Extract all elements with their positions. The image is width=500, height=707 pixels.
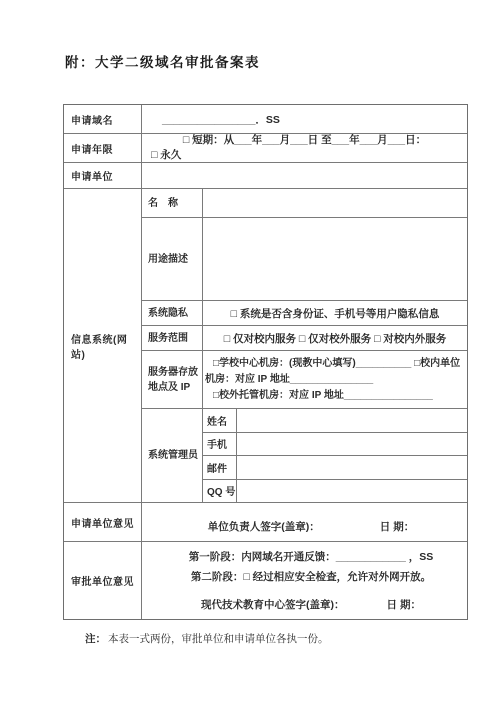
- section-info-system: 信息系统(网站) 名 称 用途描述 系统隐私 □ 系统是否含身份证、手机号等用户…: [64, 189, 467, 503]
- unit-value: [142, 163, 467, 188]
- admin-name-label: 姓名: [203, 409, 237, 432]
- system-server-value: □学校中心机房：(现教中心填写)__________ □校内单位 机房：对应 I…: [203, 351, 467, 408]
- duration-value: □ 短期：从___年___月___日 至___年___月___日： □ 永久: [142, 134, 467, 162]
- system-scope-value: □ 仅对校内服务 □ 仅对校外服务 □ 对校内外服务: [203, 326, 467, 350]
- scope-options-line: □ 仅对校内服务 □ 仅对校外服务 □ 对校内外服务: [203, 331, 467, 346]
- system-admin-label: 系统管理员: [142, 409, 203, 502]
- duration-option-permanent: □ 永久: [142, 148, 467, 162]
- applicant-opinion-body: 单位负责人签字(盖章)： 日 期：: [142, 503, 467, 541]
- form-table: 申请域名 ________________．SS 申请年限 □ 短期：从___年…: [63, 104, 468, 620]
- system-purpose-value: [203, 218, 467, 300]
- approval-sign-label: 现代技术教育中心签字(盖章)：: [201, 597, 345, 612]
- approval-date-label: 日 期：: [387, 597, 421, 612]
- document-page: 附：大学二级域名审批备案表 申请域名 ________________．SS 申…: [0, 0, 500, 707]
- admin-phone-label: 手机: [203, 433, 237, 456]
- applicant-sign-label: 单位负责人签字(盖章)：: [208, 519, 320, 534]
- row-system-privacy: 系统隐私 □ 系统是否含身份证、手机号等用户隐私信息: [142, 301, 467, 326]
- applicant-sign-line: 单位负责人签字(盖章)： 日 期：: [208, 519, 414, 534]
- server-option-offsite-room: □校外托管机房：对应 IP 地址________________: [203, 388, 467, 404]
- row-domain: 申请域名 ________________．SS: [64, 105, 467, 134]
- privacy-checkbox-line: □ 系统是否含身份证、手机号等用户隐私信息: [203, 306, 467, 321]
- system-scope-label: 服务范围: [142, 326, 203, 350]
- system-section-body: 名 称 用途描述 系统隐私 □ 系统是否含身份证、手机号等用户隐私信息 服务范围: [142, 189, 467, 502]
- admin-qq-label: QQ 号: [203, 480, 237, 503]
- approval-opinion-body: 第一阶段：内网域名开通反馈：____________ ，SS 第二阶段：□ 经过…: [142, 542, 467, 619]
- approval-opinion-label: 审批单位意见: [64, 542, 142, 619]
- system-name-label: 名 称: [142, 189, 203, 217]
- system-privacy-value: □ 系统是否含身份证、手机号等用户隐私信息: [203, 301, 467, 325]
- approval-stage2-line: 第二阶段：□ 经过相应安全检查，允许对外网开放。: [191, 570, 431, 585]
- page-title: 附：大学二级域名审批备案表: [65, 51, 260, 71]
- server-option-school-room: □学校中心机房：(现教中心填写)__________ □校内单位: [203, 356, 467, 372]
- duration-option-short: □ 短期：从___年___月___日 至___年___月___日：: [142, 134, 467, 148]
- applicant-date-label: 日 期：: [380, 519, 414, 534]
- admin-qq-value: [237, 480, 467, 503]
- admin-email-label: 邮件: [203, 456, 237, 479]
- row-system-admin: 系统管理员 姓名 手机 邮件: [142, 409, 467, 502]
- admin-field-row-email: 邮件: [203, 456, 467, 480]
- admin-field-row-qq: QQ 号: [203, 480, 467, 503]
- row-applicant-opinion: 申请单位意见 单位负责人签字(盖章)： 日 期：: [64, 503, 467, 542]
- system-privacy-label: 系统隐私: [142, 301, 203, 325]
- row-duration: 申请年限 □ 短期：从___年___月___日 至___年___月___日： □…: [64, 134, 467, 163]
- row-system-scope: 服务范围 □ 仅对校内服务 □ 仅对校外服务 □ 对校内外服务: [142, 326, 467, 351]
- system-name-value: [203, 189, 467, 217]
- unit-label: 申请单位: [64, 163, 142, 188]
- row-unit: 申请单位: [64, 163, 467, 189]
- footer-note-text: 本表一式两份，审批单位和申请单位各执一份。: [108, 633, 329, 645]
- domain-label: 申请域名: [64, 105, 142, 133]
- applicant-opinion-label: 申请单位意见: [64, 503, 142, 541]
- admin-fields: 姓名 手机 邮件 QQ 号: [203, 409, 467, 502]
- admin-field-row-name: 姓名: [203, 409, 467, 433]
- approval-stage1-line: 第一阶段：内网域名开通反馈：____________ ，SS: [189, 550, 434, 565]
- row-system-name: 名 称: [142, 189, 467, 218]
- server-option-campus-room-ip: 机房：对应 IP 地址_______________: [203, 372, 467, 388]
- admin-phone-value: [237, 433, 467, 456]
- system-purpose-label: 用途描述: [142, 218, 203, 300]
- footer-note: 注：本表一式两份，审批单位和申请单位各执一份。: [85, 631, 329, 646]
- system-server-label: 服务器存放地点及 IP: [142, 351, 203, 408]
- approval-sign-line: 现代技术教育中心签字(盖章)： 日 期：: [201, 597, 421, 612]
- duration-label: 申请年限: [64, 134, 142, 162]
- row-system-purpose: 用途描述: [142, 218, 467, 301]
- row-system-server: 服务器存放地点及 IP □学校中心机房：(现教中心填写)__________ □…: [142, 351, 467, 409]
- footer-note-label: 注：: [85, 633, 106, 645]
- admin-email-value: [237, 456, 467, 479]
- admin-field-row-phone: 手机: [203, 433, 467, 457]
- system-section-label: 信息系统(网站): [64, 189, 142, 502]
- row-approval-opinion: 审批单位意见 第一阶段：内网域名开通反馈：____________ ，SS 第二…: [64, 542, 467, 619]
- admin-name-value: [237, 409, 467, 432]
- domain-value: ________________．SS: [142, 105, 467, 133]
